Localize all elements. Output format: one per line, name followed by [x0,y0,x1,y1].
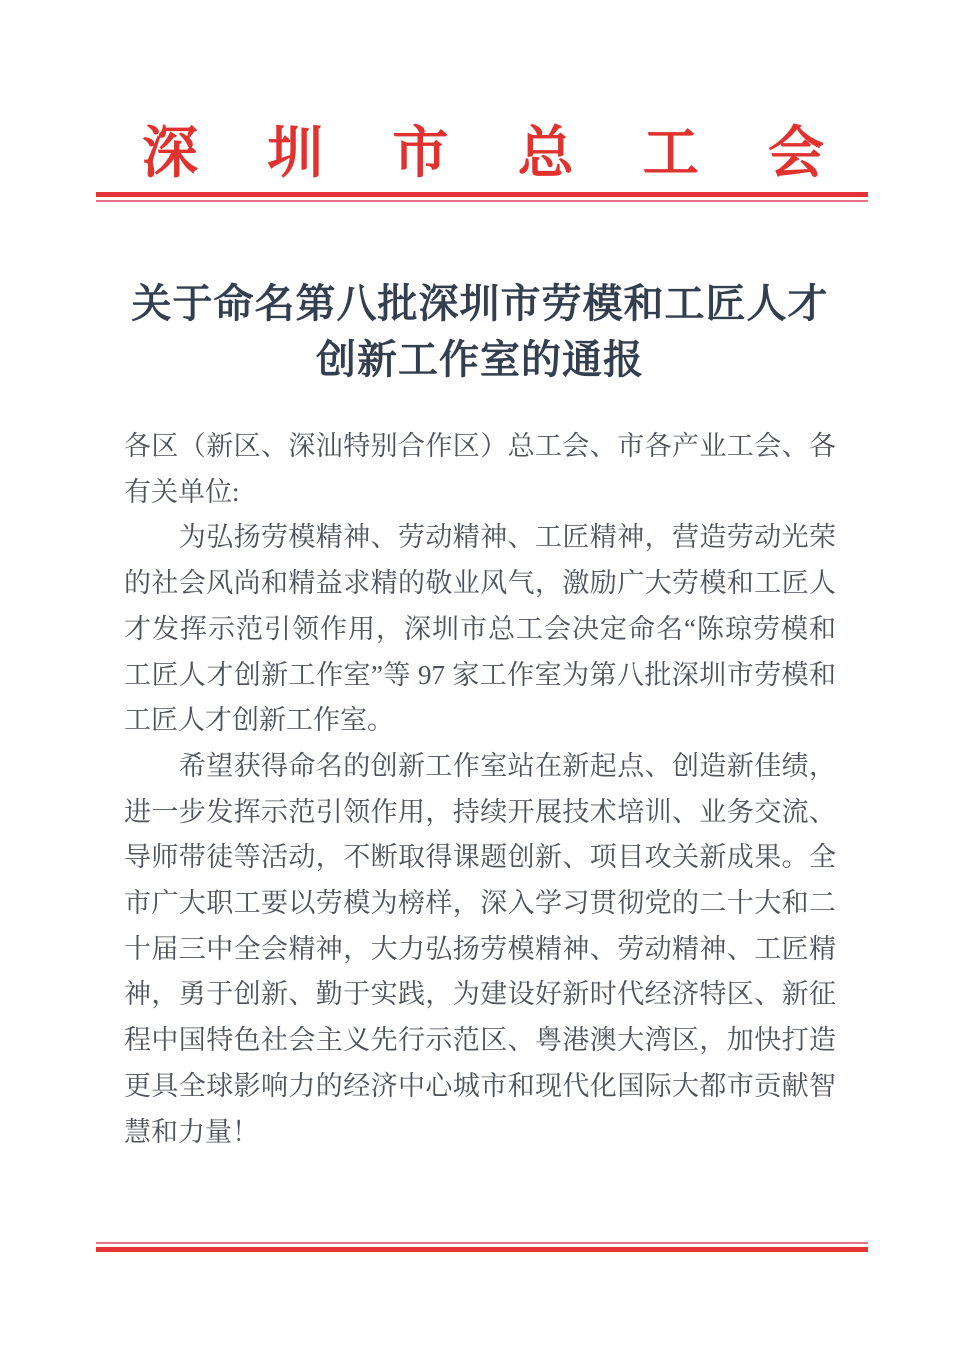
document-title-line-1: 关于命名第八批深圳市劳模和工匠人才 [0,276,960,332]
body-line: 导师带徒等活动，不断取得课题创新、项目攻关新成果。全 [124,835,836,881]
document-title: 关于命名第八批深圳市劳模和工匠人才 创新工作室的通报 [0,276,960,388]
body-line: 十届三中全会精神，大力弘扬劳模精神、劳动精神、工匠精 [124,927,836,973]
body-line: 希望获得命名的创新工作室站在新起点、创造新佳绩， [124,744,836,790]
body-line: 才发挥示范引领作用，深圳市总工会决定命名“陈琼劳模和 [124,607,836,653]
body-line: 为弘扬劳模精神、劳动精神、工匠精神，营造劳动光荣 [124,515,836,561]
document-body: 各区（新区、深汕特别合作区）总工会、市各产业工会、各 有关单位: 为弘扬劳模精神… [124,424,836,1155]
body-line: 慧和力量！ [124,1110,836,1156]
letterhead-rule-top [96,192,868,202]
document-title-line-2: 创新工作室的通报 [0,332,960,388]
rule-thick-line [96,1247,868,1252]
body-line: 的社会风尚和精益求精的敬业风气，激励广大劳模和工匠人 [124,561,836,607]
body-line: 神，勇于创新、勤于实践，为建设好新时代经济特区、新征 [124,972,836,1018]
rule-thin-line [96,200,868,202]
body-line: 各区（新区、深汕特别合作区）总工会、市各产业工会、各 [124,424,836,470]
body-line: 市广大职工要以劳模为榜样，深入学习贯彻党的二十大和二 [124,881,836,927]
body-line: 工匠人才创新工作室”等 97 家工作室为第八批深圳市劳模和 [124,653,836,699]
document-page: 深圳市总工会 关于命名第八批深圳市劳模和工匠人才 创新工作室的通报 各区（新区、… [0,0,960,1357]
letterhead-rule-bottom [96,1242,868,1252]
body-line: 进一步发挥示范引领作用，持续开展技术培训、业务交流、 [124,790,836,836]
body-line: 工匠人才创新工作室。 [124,698,836,744]
body-line: 程中国特色社会主义先行示范区、粤港澳大湾区，加快打造 [124,1018,836,1064]
body-line: 更具全球影响力的经济中心城市和现代化国际大都市贡献智 [124,1064,836,1110]
letterhead-org-name: 深圳市总工会 [142,118,824,190]
body-line: 有关单位: [124,470,836,516]
